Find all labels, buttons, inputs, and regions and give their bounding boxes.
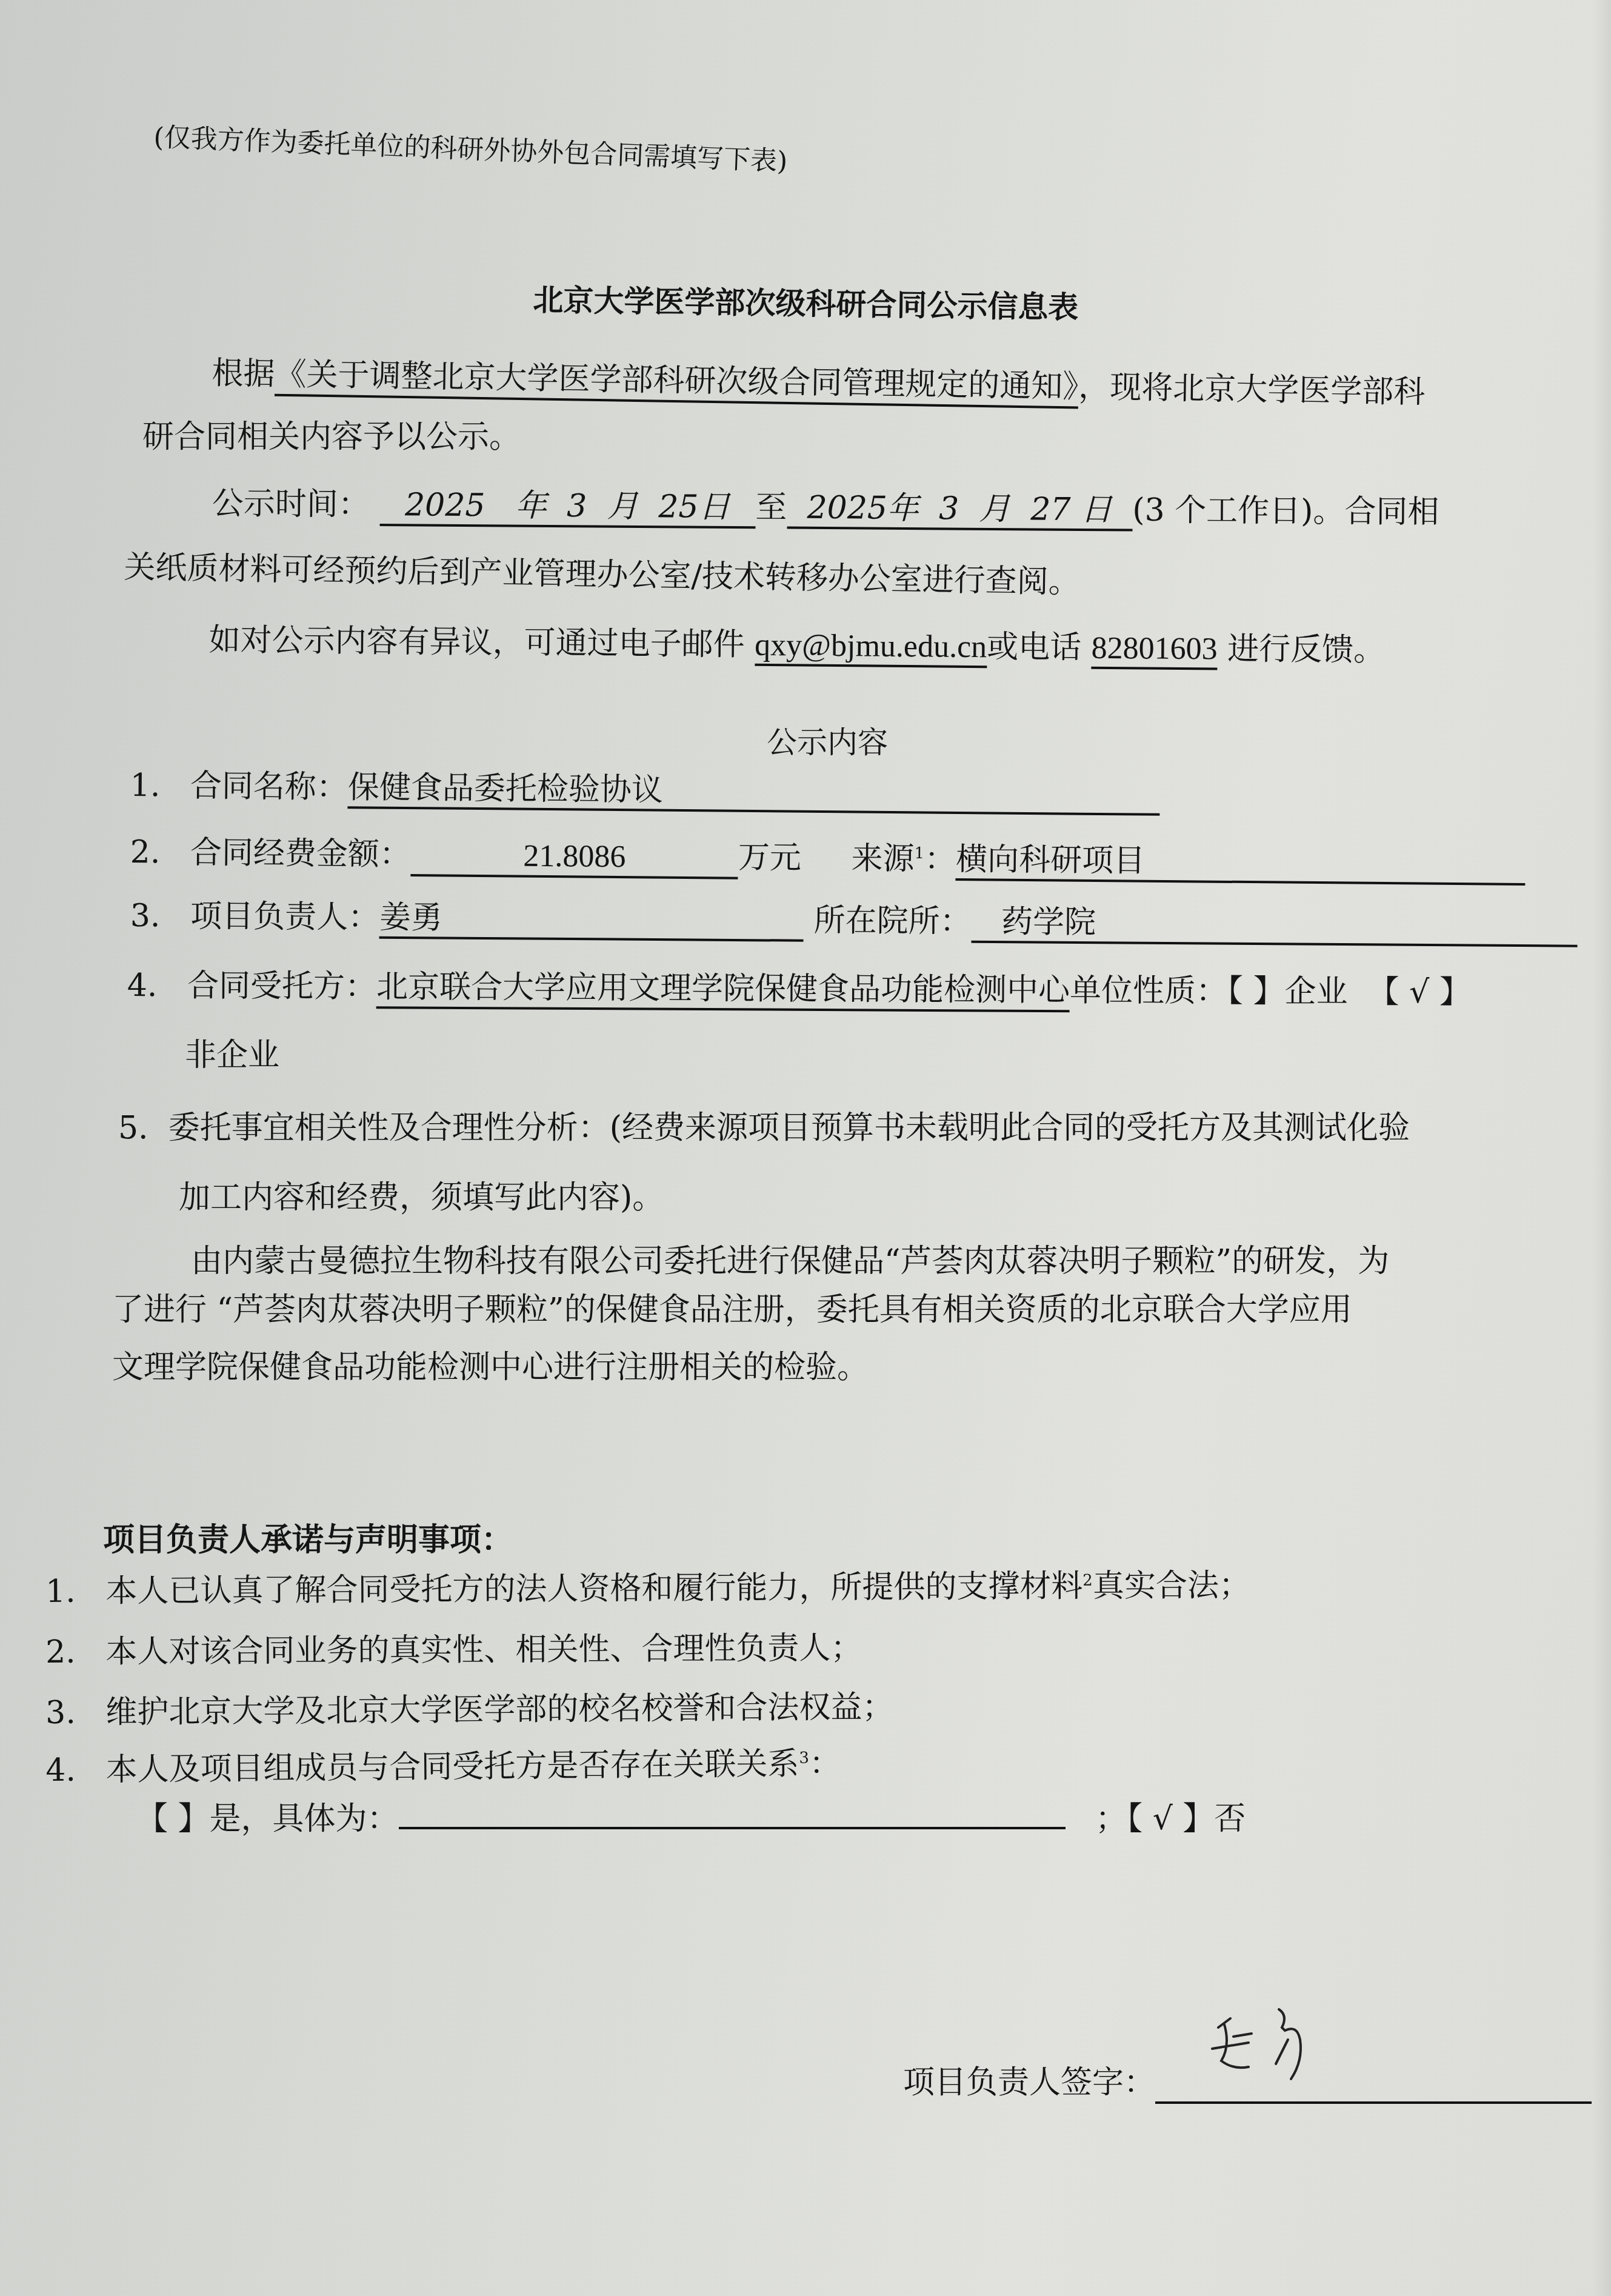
amount-unit: 万元 xyxy=(738,839,802,876)
relation-choice: 【 】是，具体为： ；【 √ 】否 xyxy=(136,1800,1246,1838)
contractor-label: 合同受托方： xyxy=(187,968,376,1006)
item-contractor: 4. 合同受托方：北京联合大学应用文理学院保健食品功能检测中心单位性质：【 】企… xyxy=(127,967,1471,1012)
intro-line-2: 研合同相关内容予以公示。 xyxy=(142,418,521,456)
year-char: 年 xyxy=(887,490,919,527)
workdays-note: (3 个工作日)。合同相 xyxy=(1132,492,1439,531)
document-title: 北京大学医学部次级科研合同公示信息表 xyxy=(533,276,1079,327)
end-day: 27 xyxy=(1030,491,1071,527)
amount-value: 21.8086 xyxy=(523,839,625,874)
footnote-ref-1: 1 xyxy=(915,844,925,863)
item-number: 3. xyxy=(130,898,161,934)
commitment-text: 本人及项目组成员与合同受托方是否存在关联关系 xyxy=(105,1746,799,1788)
year-char: 年 xyxy=(515,487,547,524)
contact-email-link[interactable]: qxy@bjmu.edu.cn xyxy=(755,628,987,668)
analysis-body-line-3: 文理学院保健食品功能检测中心进行注册相关的检验。 xyxy=(112,1349,869,1386)
commitment-text-after: ： xyxy=(809,1746,841,1782)
regulation-title: 《关于调整北京大学医学部科研次级合同管理规定的通知》 xyxy=(275,356,1079,409)
source-colon: ： xyxy=(924,841,956,877)
month-char: 月 xyxy=(607,489,638,525)
leader-value: 姜勇 xyxy=(379,899,442,936)
leader-label: 项目负责人： xyxy=(190,898,379,936)
commitment-text: 维护北京大学及北京大学医学部的校名校誉和合法权益； xyxy=(105,1689,893,1730)
department-label: 所在院所： xyxy=(813,903,971,940)
objection-suffix: 进行反馈。 xyxy=(1227,631,1386,669)
handwritten-signature-icon: 姜勇 xyxy=(1206,2003,1364,2088)
end-month: 3 xyxy=(939,490,959,527)
item-contract-name: 1. 合同名称：保健食品委托检验协议 xyxy=(130,767,1160,816)
intro-prefix: 根据 xyxy=(212,355,275,393)
start-month: 3 xyxy=(567,488,587,524)
item-number: 3. xyxy=(45,1695,76,1731)
item-number: 5. xyxy=(118,1110,148,1146)
item-number: 1. xyxy=(130,767,160,804)
analysis-body-line-2: 了进行 “芦荟肉苁蓉决明子颗粒”的保健食品注册，委托具有相关资质的北京联合大学应… xyxy=(112,1291,1352,1329)
footnote-ref-3: 3 xyxy=(799,1749,809,1767)
contract-name-value: 保健食品委托检验协议 xyxy=(348,769,664,809)
commitments-title: 项目负责人承诺与声明事项： xyxy=(103,1521,513,1559)
contract-name-label: 合同名称： xyxy=(190,768,349,806)
amount-label: 合同经费金额： xyxy=(190,835,412,873)
source-label: 来源 xyxy=(851,840,915,877)
amount-field: 21.8086 xyxy=(411,836,739,879)
contact-phone: 82801603 xyxy=(1091,631,1218,670)
item-number: 2. xyxy=(130,834,160,870)
paper-edge-shadow xyxy=(1593,0,1611,2296)
item-number: 4. xyxy=(127,967,158,1004)
end-year: 2025 xyxy=(807,490,887,527)
publicity-period-line-2: 关纸质材料可经预约后到产业管理办公室/技术转移办公室进行查阅。 xyxy=(124,549,1080,601)
day-char: 日 xyxy=(698,489,730,526)
footnote-ref-2: 2 xyxy=(1082,1572,1093,1590)
to-char: 至 xyxy=(755,489,787,526)
relation-yes-label: 是，具体为： xyxy=(210,1801,399,1837)
end-date-field: 2025年 3 月 27 日 xyxy=(787,489,1132,532)
item-analysis-label-line-1: 5. 委托事宜相关性及合理性分析：(经费来源项目预算书未载明此合同的受托方及其测… xyxy=(118,1109,1410,1147)
item-amount: 2. 合同经费金额：21.8086万元 来源1：横向科研项目 xyxy=(130,833,1526,886)
nature-label: 单位性质： xyxy=(1070,972,1227,1009)
commitment-item-3: 3. 维护北京大学及北京大学医学部的校名校誉和合法权益； xyxy=(45,1688,894,1732)
start-date-field: 2025 年 3 月 25日 xyxy=(379,486,755,529)
contract-name-field: 保健食品委托检验协议 xyxy=(348,769,1161,816)
month-char: 月 xyxy=(979,491,1010,527)
commitment-text: 本人已认真了解合同受托方的法人资格和履行能力，所提供的支撑材料 xyxy=(105,1568,1082,1609)
item-number: 1. xyxy=(45,1573,76,1610)
non-enterprise-checkbox-checked[interactable]: 【 √ 】 xyxy=(1368,974,1472,1011)
relation-no-checkbox-checked[interactable]: 【 √ 】 xyxy=(1127,1801,1214,1837)
item-number: 4. xyxy=(45,1752,76,1789)
publicity-period-line-1: 公示时间： 2025 年 3 月 25日 至 2025年 3 月 27 日 (3… xyxy=(212,485,1439,534)
section-title: 公示内容 xyxy=(767,724,888,761)
start-day: 25 xyxy=(658,489,699,525)
relation-detail-field[interactable] xyxy=(399,1827,1066,1829)
separator: ； xyxy=(1095,1801,1127,1837)
publicity-period-label: 公示时间： xyxy=(212,486,370,523)
item-leader: 3. 项目负责人：姜勇 所在院所： 药学院 xyxy=(130,897,1578,947)
intro-suffix: ，现将北京大学医学部科 xyxy=(1078,369,1426,410)
analysis-body-line-1: 由内蒙古曼德拉生物科技有限公司委托进行保健品“芦荟肉苁蓉决明子颗粒”的研发，为 xyxy=(191,1243,1389,1280)
item-analysis-label-line-2: 加工内容和经费，须填写此内容)。 xyxy=(179,1179,664,1216)
commitment-text: 本人对该合同业务的真实性、相关性、合理性负责人； xyxy=(105,1630,862,1670)
commitment-text-after: 真实合法； xyxy=(1093,1567,1250,1604)
source-value: 横向科研项目 xyxy=(956,841,1146,879)
item-number: 2. xyxy=(45,1634,76,1670)
intro-line-1: 根据《关于调整北京大学医学部科研次级合同管理规定的通知》，现将北京大学医学部科 xyxy=(212,355,1426,412)
signature-label: 项目负责人签字： xyxy=(903,2064,1155,2101)
department-value: 药学院 xyxy=(1001,904,1096,941)
leader-field: 姜勇 xyxy=(379,899,804,942)
commitment-item-4: 4. 本人及项目组成员与合同受托方是否存在关联关系3： xyxy=(45,1745,841,1790)
relation-no-label: 否 xyxy=(1214,1801,1246,1837)
analysis-label: 委托事宜相关性及合理性分析：(经费来源项目预算书未载明此合同的受托方及其测试化验 xyxy=(168,1110,1410,1146)
objection-prefix: 如对公示内容有异议，可通过电子邮件 xyxy=(208,622,745,663)
enterprise-option-label: 企业 xyxy=(1284,973,1347,1010)
source-field: 横向科研项目 xyxy=(956,841,1526,886)
objection-line: 如对公示内容有异议，可通过电子邮件 qxy@bjmu.edu.cn或电话 828… xyxy=(208,621,1385,670)
commitment-item-2: 2. 本人对该合同业务的真实性、相关性、合理性负责人； xyxy=(45,1629,862,1671)
start-year: 2025 xyxy=(405,487,485,524)
contractor-value: 北京联合大学应用文理学院保健食品功能检测中心 xyxy=(376,969,1070,1012)
objection-mid: 或电话 xyxy=(987,629,1082,666)
enterprise-checkbox[interactable]: 【 】 xyxy=(1227,973,1285,1010)
header-note: (仅我方作为委托单位的科研外协外包合同需填写下表) xyxy=(153,115,789,178)
day-char: 日 xyxy=(1081,492,1112,528)
department-field: 药学院 xyxy=(971,903,1577,947)
non-enterprise-option-label: 非企业 xyxy=(185,1036,279,1074)
relation-yes-checkbox[interactable]: 【 】 xyxy=(136,1801,210,1837)
commitment-item-1: 1. 本人已认真了解合同受托方的法人资格和履行能力，所提供的支撑材料2真实合法； xyxy=(45,1567,1250,1611)
